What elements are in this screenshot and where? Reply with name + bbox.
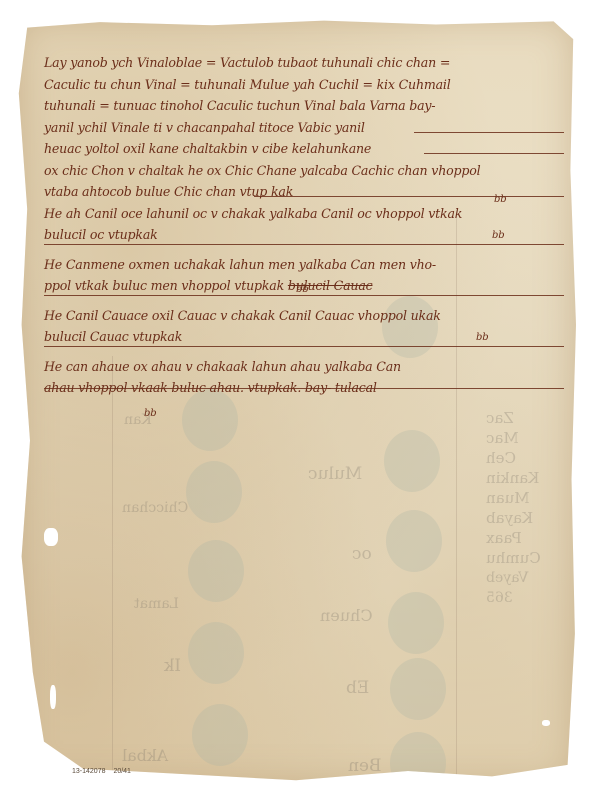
ghost-day-name: Chuen bbox=[320, 606, 373, 625]
ghost-month: Ceh bbox=[486, 448, 566, 468]
ghost-seal-circle bbox=[186, 461, 242, 523]
ghost-seal-circle bbox=[390, 732, 446, 794]
text-line: vtaba ahtocob bulue Chic chan vtup kak bbox=[44, 181, 564, 203]
folio-number: 20/41 bbox=[113, 768, 131, 775]
text-line: Caculic tu chun Vinal = tuhunali Mulue y… bbox=[44, 74, 564, 96]
ghost-month: Mac bbox=[486, 428, 566, 448]
ghost-day-name: Lamat bbox=[134, 596, 179, 612]
ghost-day-name: Ik bbox=[164, 656, 181, 676]
ghost-month: 365 bbox=[486, 588, 566, 608]
ghost-seal-circle bbox=[188, 540, 244, 602]
ghost-seal-circle bbox=[390, 658, 446, 720]
ghost-vertical-rule-left bbox=[112, 356, 113, 776]
annotation-bb: bb bbox=[296, 284, 308, 295]
text-line: Lay yanob ych Vinaloblae = Vactulob tuba… bbox=[44, 52, 564, 74]
manuscript-page: Muluc oc Chuen Eb Ben Kan Chicchan Lamat… bbox=[16, 16, 576, 788]
annotation-bb: bb bbox=[492, 230, 504, 241]
paper-hole bbox=[542, 720, 550, 726]
ghost-seal-circle bbox=[188, 622, 244, 684]
ink-rule bbox=[44, 244, 564, 245]
text-fragment: ppol vtkak buluc men vhoppol vtupkak bbox=[44, 278, 284, 293]
ink-rule bbox=[414, 132, 564, 133]
catalog-number: 13-142078 bbox=[72, 768, 105, 775]
ink-rule bbox=[44, 346, 564, 347]
text-line: heuac yoltol oxil kane chaltakbin v cibe… bbox=[44, 138, 564, 160]
ghost-seal-circle bbox=[386, 510, 442, 572]
text-line: ox chic Chon v chaltak he ox Chic Chane … bbox=[44, 160, 564, 182]
annotation-bb: bb bbox=[494, 194, 506, 205]
ghost-day-name: Chicchan bbox=[122, 500, 188, 516]
handwritten-text: Lay yanob ych Vinaloblae = Vactulob tuba… bbox=[44, 52, 564, 399]
ghost-seal-circle bbox=[384, 430, 440, 492]
ghost-seal-circle bbox=[192, 704, 248, 766]
annotation-bb: bb bbox=[144, 408, 156, 419]
ink-rule bbox=[44, 295, 564, 296]
ghost-day-name: Muluc bbox=[308, 464, 362, 484]
ghost-month: Muan bbox=[486, 488, 566, 508]
paper-hole bbox=[50, 685, 56, 709]
ghost-month: Vayeb bbox=[486, 568, 566, 588]
ink-rule bbox=[44, 388, 564, 389]
ghost-day-name: Ben bbox=[348, 756, 382, 776]
text-line: yanil ychil Vinale ti v chacanpahal tito… bbox=[44, 117, 564, 139]
ink-rule bbox=[424, 153, 564, 154]
ghost-day-name: Akbal bbox=[122, 746, 168, 765]
catalog-label: 13-142078 20/41 bbox=[72, 768, 131, 775]
annotation-bb: bb bbox=[476, 332, 488, 343]
text-line: tuhunali = tunuac tinohol Caculic tuchun… bbox=[44, 95, 564, 117]
ghost-month: Zac bbox=[486, 408, 566, 428]
text-line: He Canmene oxmen uchakak lahun men yalka… bbox=[44, 254, 564, 276]
ghost-month: Cumhu bbox=[486, 548, 566, 568]
text-line: He can ahaue ox ahau v chakaak lahun aha… bbox=[44, 356, 564, 378]
text-line: He Canil Cauace oxil Cauac v chakak Cani… bbox=[44, 305, 564, 327]
text-line: He ah Canil oce lahunil oc v chakak yalk… bbox=[44, 203, 564, 225]
text-line: bulucil oc vtupkak bbox=[44, 224, 564, 246]
ghost-month: Kayab bbox=[486, 508, 566, 528]
ghost-month: Kankin bbox=[486, 468, 566, 488]
ghost-seal-circle bbox=[388, 592, 444, 654]
ghost-month: Paax bbox=[486, 528, 566, 548]
paper-hole bbox=[44, 528, 58, 546]
ink-rule bbox=[254, 196, 564, 197]
ghost-day-name: oc bbox=[352, 544, 372, 564]
ghost-day-name: Eb bbox=[346, 678, 369, 698]
ghost-month-list: Zac Mac Ceh Kankin Muan Kayab Paax Cumhu… bbox=[486, 408, 566, 608]
